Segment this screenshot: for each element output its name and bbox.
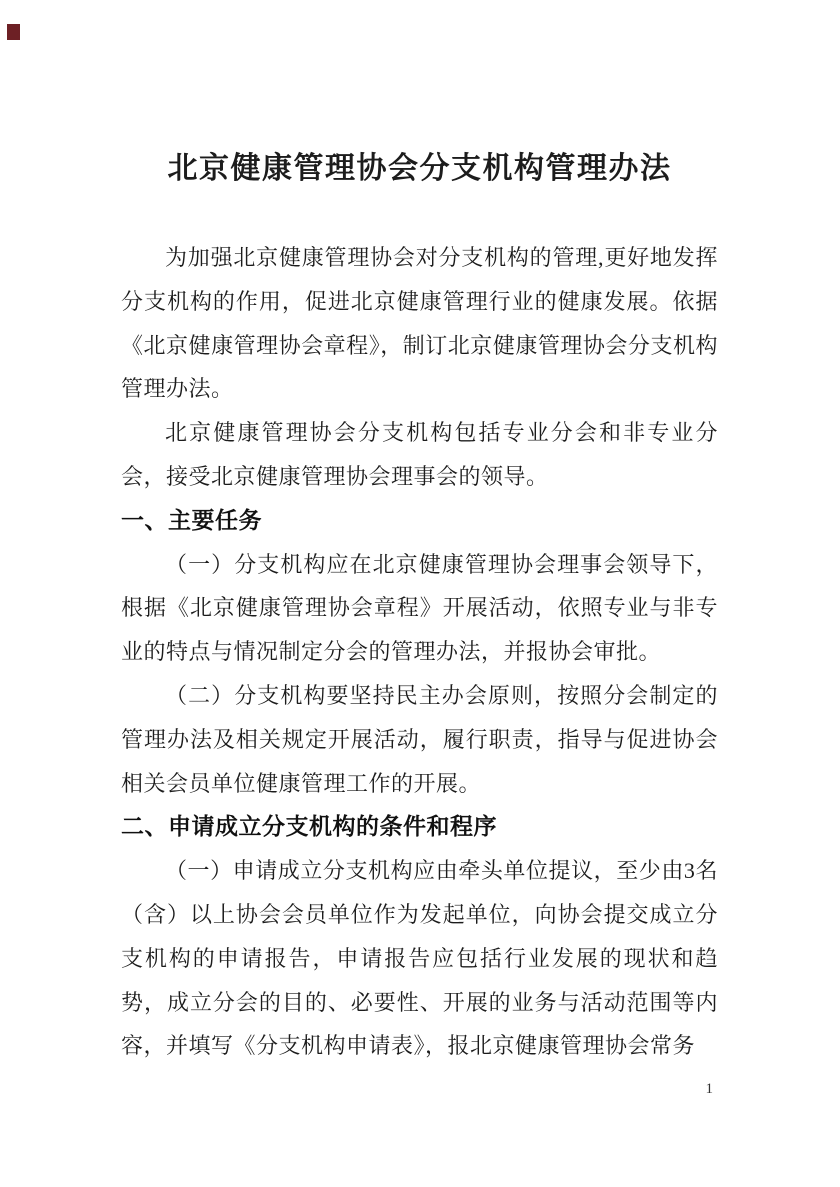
document-title: 北京健康管理协会分支机构管理办法 (121, 146, 718, 192)
corner-stamp (7, 24, 20, 40)
document-content: 北京健康管理协会分支机构管理办法 为加强北京健康管理协会对分支机构的管理,更好地… (121, 146, 718, 1068)
paragraph-preamble-2: 北京健康管理协会分支机构包括专业分会和非专业分会，接受北京健康管理协会理事会的领… (121, 411, 718, 499)
section-heading-application-conditions: 二、申请成立分支机构的条件和程序 (121, 805, 718, 849)
document-page: 北京健康管理协会分支机构管理办法 为加强北京健康管理协会对分支机构的管理,更好地… (0, 0, 840, 1187)
page-number: 1 (706, 1081, 714, 1098)
paragraph-application-1: （一）申请成立分支机构应由牵头单位提议，至少由3名（含）以上协会会员单位作为发起… (121, 849, 718, 1068)
paragraph-task-2: （二）分支机构要坚持民主办会原则，按照分会制定的管理办法及相关规定开展活动，履行… (121, 674, 718, 805)
section-heading-main-tasks: 一、主要任务 (121, 499, 718, 543)
paragraph-task-1: （一）分支机构应在北京健康管理协会理事会领导下，根据《北京健康管理协会章程》开展… (121, 543, 718, 674)
paragraph-preamble-1: 为加强北京健康管理协会对分支机构的管理,更好地发挥分支机构的作用，促进北京健康管… (121, 236, 718, 411)
